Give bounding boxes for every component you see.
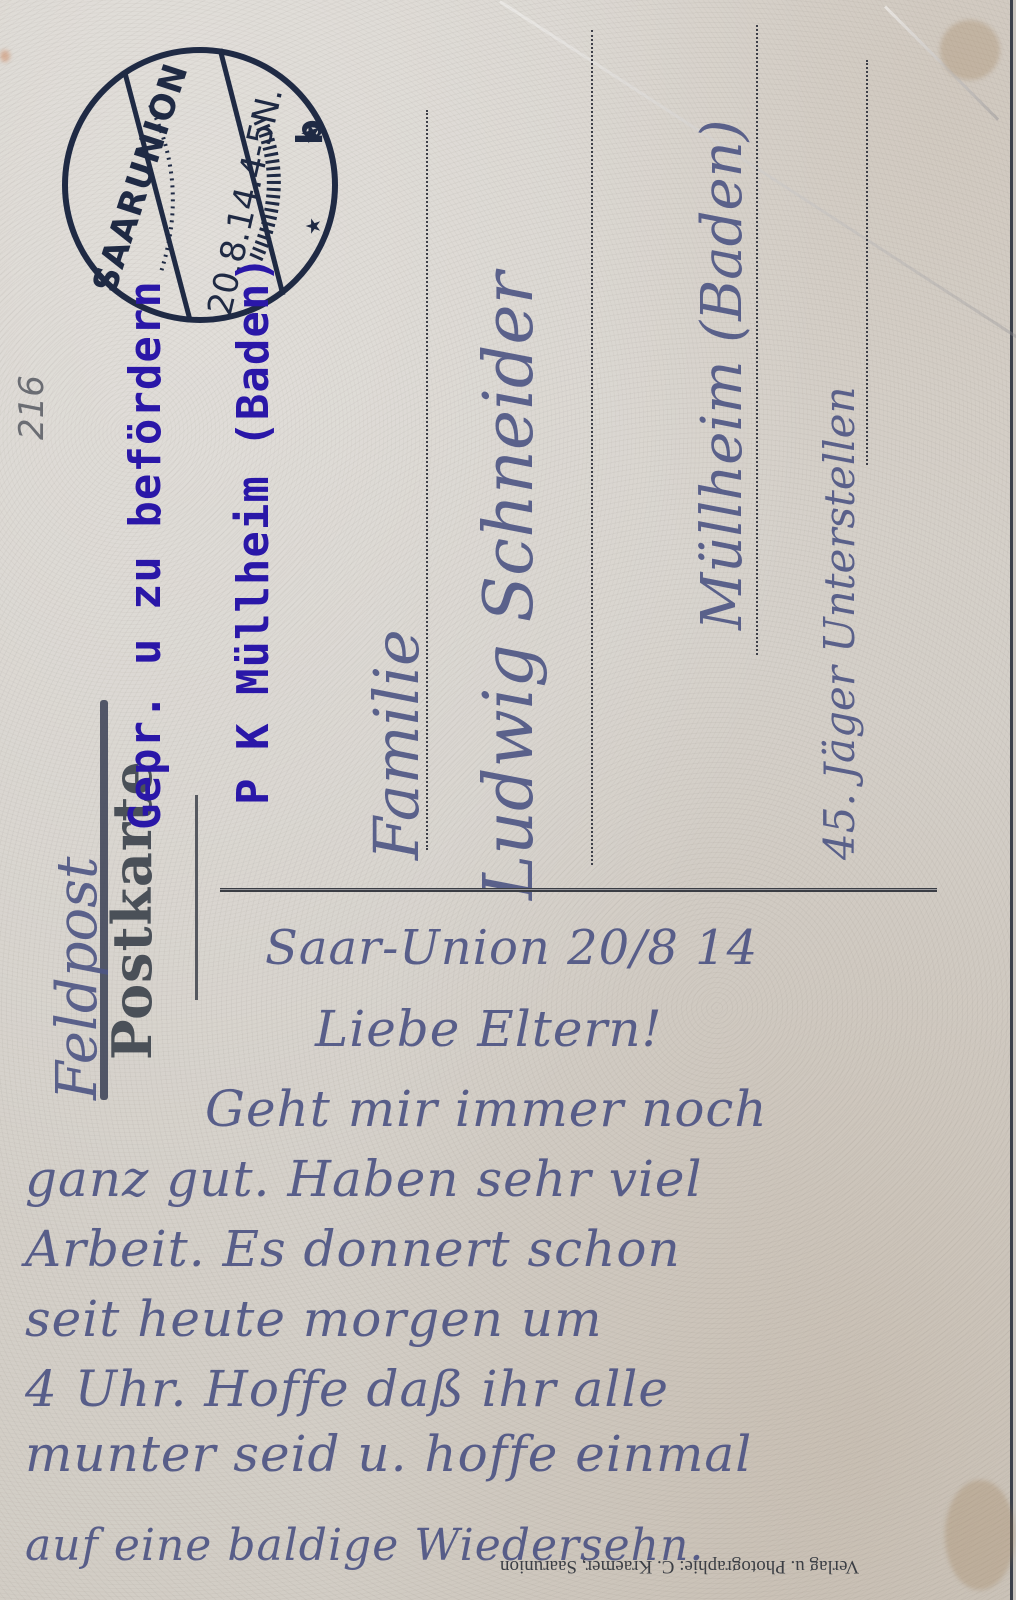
address-line-1: Familie	[360, 629, 433, 860]
address-rule-3	[756, 25, 758, 655]
message-line: munter seid u. hoffe einmal	[25, 1425, 752, 1483]
postmark: ★ ★ SAARUNION 20.8.14.4-5N. b	[55, 35, 345, 335]
paper-stain	[945, 1480, 1015, 1590]
message-divider	[220, 888, 937, 892]
feldpost-note: Feldpost	[45, 857, 110, 1101]
archive-number: 216	[12, 375, 52, 440]
address-line-3: Müllheim (Baden)	[690, 119, 755, 630]
postmark-letter: b	[290, 119, 331, 145]
address-line-2: Ludwig Schneider	[470, 272, 549, 900]
message-line: seit heute morgen um	[25, 1290, 603, 1348]
postmark-circle-icon: ★ ★	[55, 35, 345, 335]
censor-stamp-line1: Gepr. u zu befördern	[120, 280, 171, 830]
paper-stain	[0, 50, 10, 62]
message-line: 4 Uhr. Hoffe daß ihr alle	[25, 1360, 669, 1418]
message-line: ganz gut. Haben sehr viel	[25, 1150, 703, 1208]
svg-text:★: ★	[301, 217, 325, 235]
message-line: Arbeit. Es donnert schon	[25, 1220, 681, 1278]
address-rule-2	[591, 30, 593, 865]
message-place-date: Saar-Union 20/8 14	[265, 920, 758, 976]
heading-rule	[195, 795, 198, 1000]
address-line-4: 45. Jäger Unterstellen	[815, 386, 864, 860]
address-rule-4	[866, 60, 868, 465]
postcard: 216 ★ ★ SAARUNION 20.8.14.4-5N. b Postka…	[0, 0, 1013, 1600]
publisher-imprint: Verlag u. Photographie: C. Kraemer, Saar…	[500, 1555, 859, 1577]
message-line: Geht mir immer noch	[205, 1080, 768, 1138]
message-salutation: Liebe Eltern!	[315, 1000, 663, 1058]
censor-stamp-line2: P K Müllheim (Baden)	[228, 255, 279, 805]
paper-stain	[940, 20, 1000, 80]
